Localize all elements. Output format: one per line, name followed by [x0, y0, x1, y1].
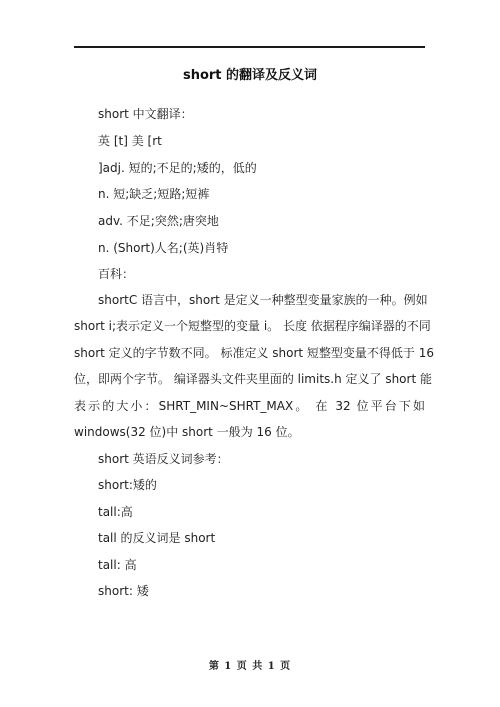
paragraph-line-5: 表示的大小：SHRT_MIN~SHRT_MAX。 在 32 位平台下如 — [74, 398, 425, 414]
line-translation-heading: short 中文翻译： — [98, 106, 193, 122]
paragraph-line-2: short i;表示定义一个短整型的变量 i。 长度 依据程序编译器的不同 — [74, 318, 425, 334]
line-short-ai-2: short: 矮 — [98, 583, 149, 599]
paragraph-line-4: 位，即两个字节。 编译器头文件夹里面的 limits.h 定义了 short 能 — [74, 371, 425, 387]
paragraph-line-6: windows(32 位)中 short 一般为 16 位。 — [74, 424, 300, 440]
line-noun: n. 短;缺乏;短路;短裤 — [98, 186, 209, 202]
header-rule — [74, 46, 425, 48]
line-tall-gao-2: tall: 高 — [98, 557, 137, 573]
page-footer: 第 1 页 共 1 页 — [0, 657, 500, 672]
line-adj: ]adj. 短的;不足的;矮的，低的 — [98, 160, 257, 176]
paragraph-line-3: short 定义的字节数不同。 标准定义 short 短整型变量不得低于 16 — [74, 345, 425, 361]
line-name: n. (Short)人名;(英)肖特 — [98, 240, 228, 256]
line-tall-antonym: tall 的反义词是 short — [98, 530, 215, 546]
line-antonym-heading: short 英语反义词参考： — [98, 451, 229, 467]
line-short-ai: short:矮的 — [98, 477, 157, 493]
line-tall-gao: tall:高 — [98, 504, 133, 520]
line-phonetic: 英 [t] 美 [rt — [98, 133, 162, 149]
line-adv: adv. 不足;突然;唐突地 — [98, 213, 219, 229]
paragraph-line-1: shortC 语言中，short 是定义一种整型变量家族的一种。例如 — [98, 292, 425, 308]
document-title: short 的翻译及反义词 — [0, 64, 500, 83]
line-baike-heading: 百科： — [98, 266, 134, 282]
